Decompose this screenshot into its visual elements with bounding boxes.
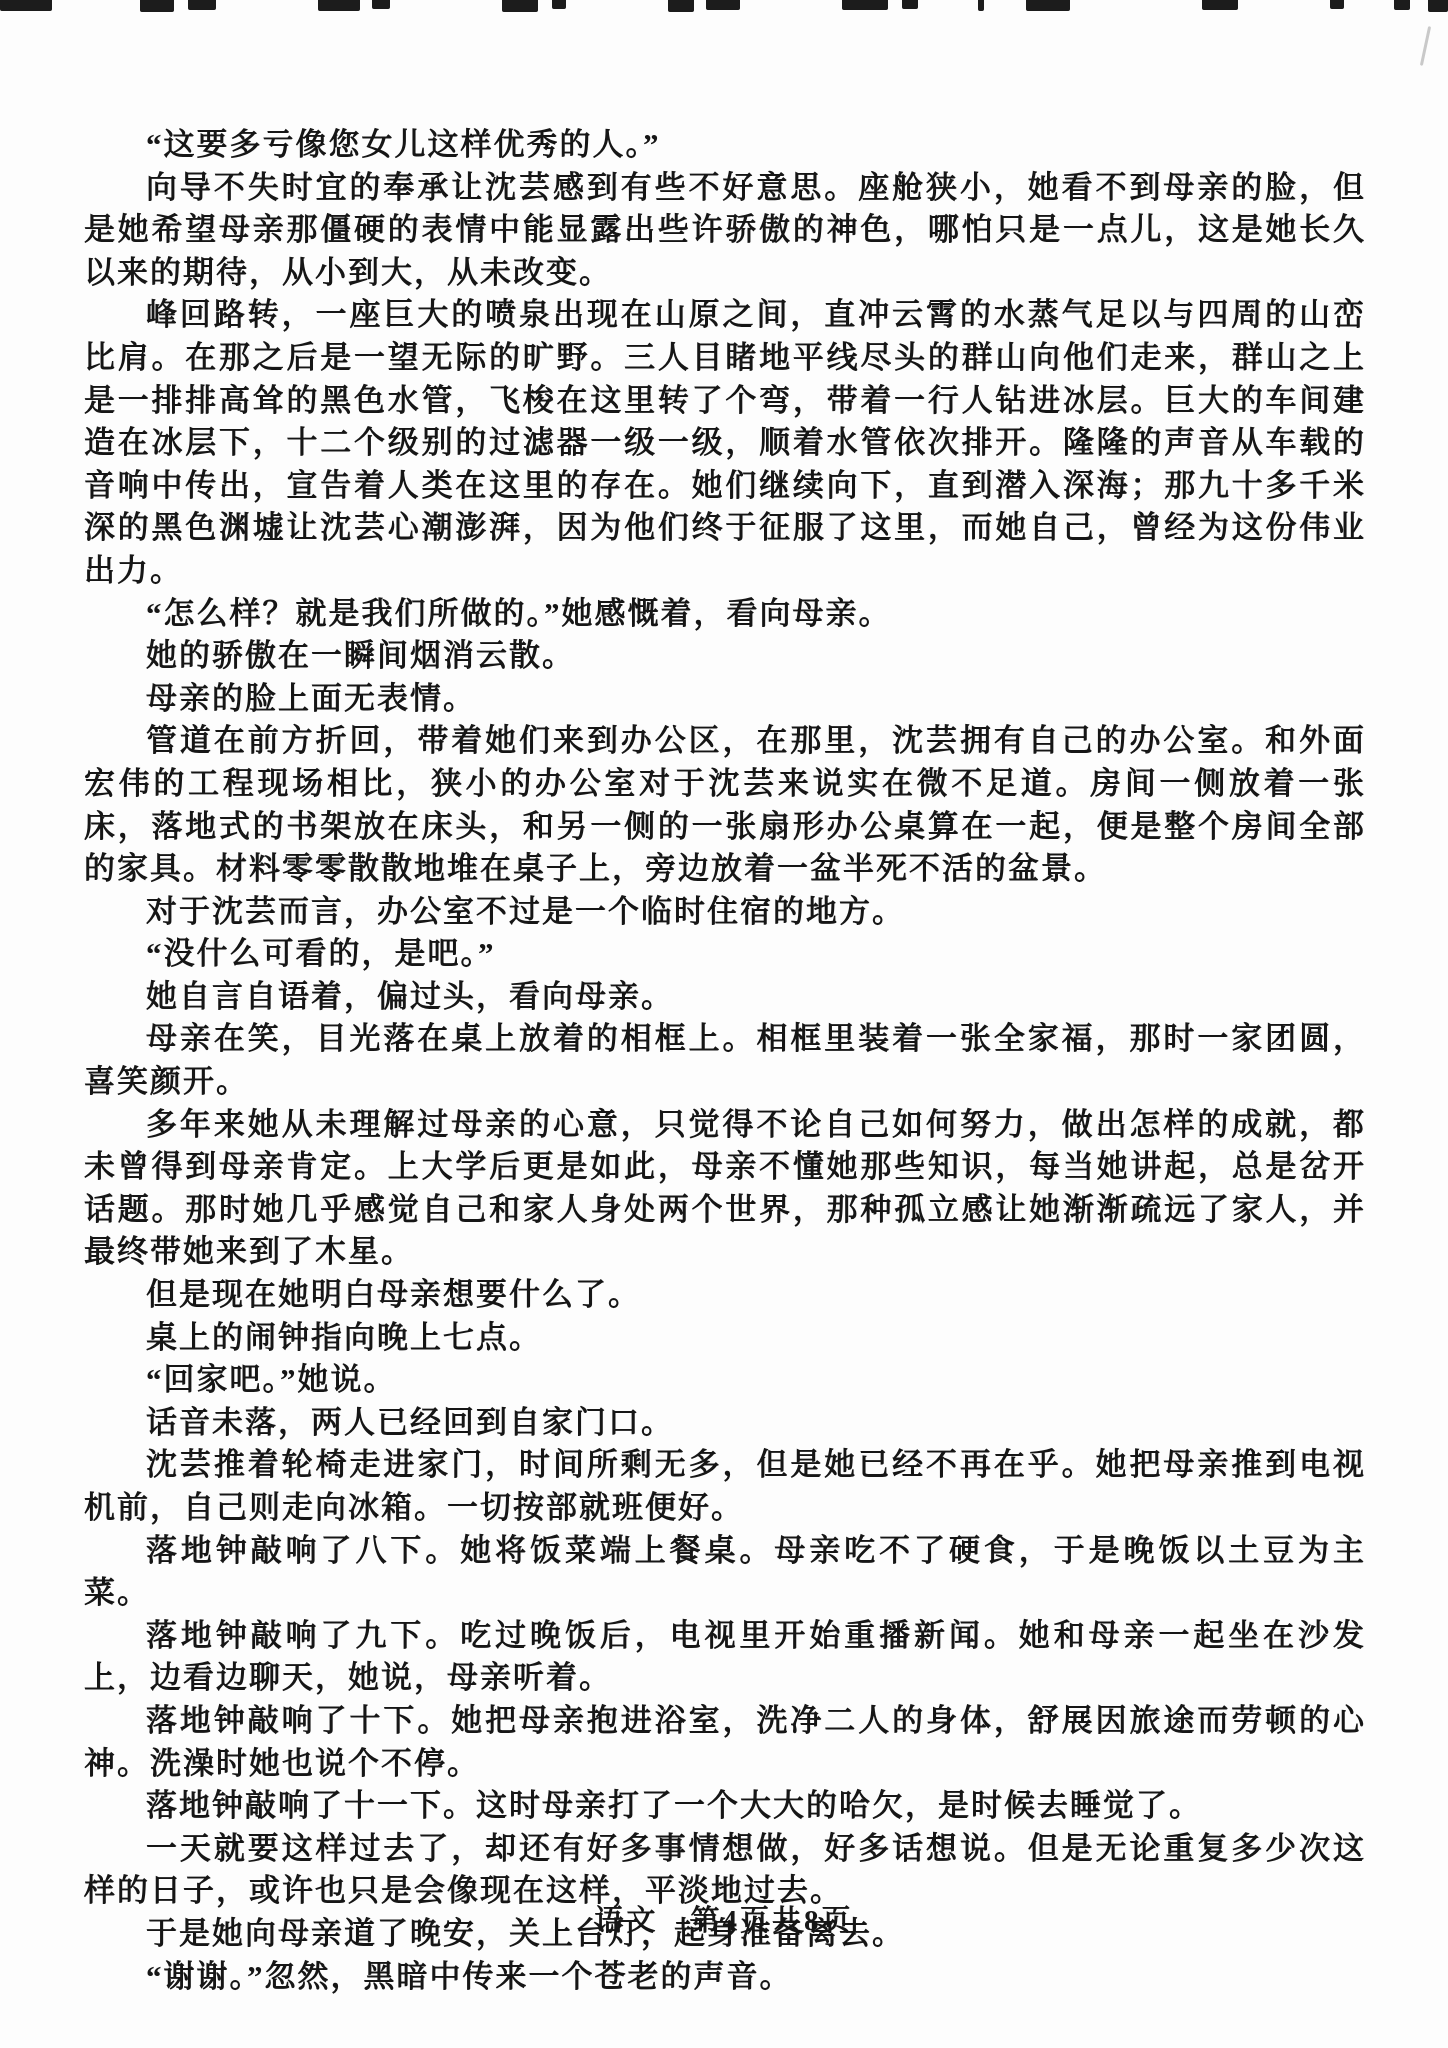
scanned-exam-page: “这要多亏像您女儿这样优秀的人。” 向导不失时宜的奉承让沈芸感到有些不好意思。座… bbox=[0, 0, 1448, 2048]
passage-paragraph: 落地钟敲响了十一下。这时母亲打了一个大大的哈欠，是时候去睡觉了。 bbox=[84, 1785, 1366, 1828]
passage-paragraph: 她自言自语着，偏过头，看向母亲。 bbox=[84, 976, 1366, 1019]
passage-paragraph: 落地钟敲响了九下。吃过晚饭后，电视里开始重播新闻。她和母亲一起坐在沙发上，边看边… bbox=[84, 1615, 1366, 1700]
passage-paragraph: 母亲的脸上面无表情。 bbox=[84, 678, 1366, 721]
passage-paragraph: “这要多亏像您女儿这样优秀的人。” bbox=[84, 124, 1366, 167]
passage-paragraph: 峰回路转，一座巨大的喷泉出现在山原之间，直冲云霄的水蒸气足以与四周的山峦比肩。在… bbox=[84, 294, 1366, 592]
passage-paragraph: 话音未落，两人已经回到自家门口。 bbox=[84, 1402, 1366, 1445]
passage-paragraph: 但是现在她明白母亲想要什么了。 bbox=[84, 1274, 1366, 1317]
passage-paragraph: 对于沈芸而言，办公室不过是一个临时住宿的地方。 bbox=[84, 891, 1366, 934]
scan-smudge bbox=[1420, 26, 1431, 66]
passage-paragraph: 沈芸推着轮椅走进家门，时间所剩无多，但是她已经不再在乎。她把母亲推到电视机前，自… bbox=[84, 1444, 1366, 1529]
passage-paragraph: 桌上的闹钟指向晚上七点。 bbox=[84, 1317, 1366, 1360]
passage-paragraph: 管道在前方折回，带着她们来到办公区，在那里，沈芸拥有自己的办公室。和外面宏伟的工… bbox=[84, 720, 1366, 890]
page-footer: 语文 第4页共8页 bbox=[0, 1898, 1448, 1939]
passage-paragraph: 落地钟敲响了十下。她把母亲抱进浴室，洗净二人的身体，舒展因旅途而劳顿的心神。洗澡… bbox=[84, 1700, 1366, 1785]
passage-paragraph: 母亲在笑，目光落在桌上放着的相框上。相框里装着一张全家福，那时一家团圆，喜笑颜开… bbox=[84, 1018, 1366, 1103]
cutoff-text-fragments bbox=[0, 0, 1448, 14]
passage-paragraph: 她的骄傲在一瞬间烟消云散。 bbox=[84, 635, 1366, 678]
passage-paragraph: “没什么可看的，是吧。” bbox=[84, 933, 1366, 976]
passage-text: “这要多亏像您女儿这样优秀的人。” 向导不失时宜的奉承让沈芸感到有些不好意思。座… bbox=[84, 124, 1366, 1998]
passage-paragraph: 多年来她从未理解过母亲的心意，只觉得不论自己如何努力，做出怎样的成就，都未曾得到… bbox=[84, 1104, 1366, 1274]
passage-paragraph: “回家吧。”她说。 bbox=[84, 1359, 1366, 1402]
passage-paragraph: “怎么样？就是我们所做的。”她感慨着，看向母亲。 bbox=[84, 593, 1366, 636]
passage-paragraph: “谢谢。”忽然，黑暗中传来一个苍老的声音。 bbox=[84, 1956, 1366, 1999]
passage-paragraph: 落地钟敲响了八下。她将饭菜端上餐桌。母亲吃不了硬食，于是晚饭以土豆为主菜。 bbox=[84, 1530, 1366, 1615]
passage-paragraph: 向导不失时宜的奉承让沈芸感到有些不好意思。座舱狭小，她看不到母亲的脸，但是她希望… bbox=[84, 167, 1366, 295]
